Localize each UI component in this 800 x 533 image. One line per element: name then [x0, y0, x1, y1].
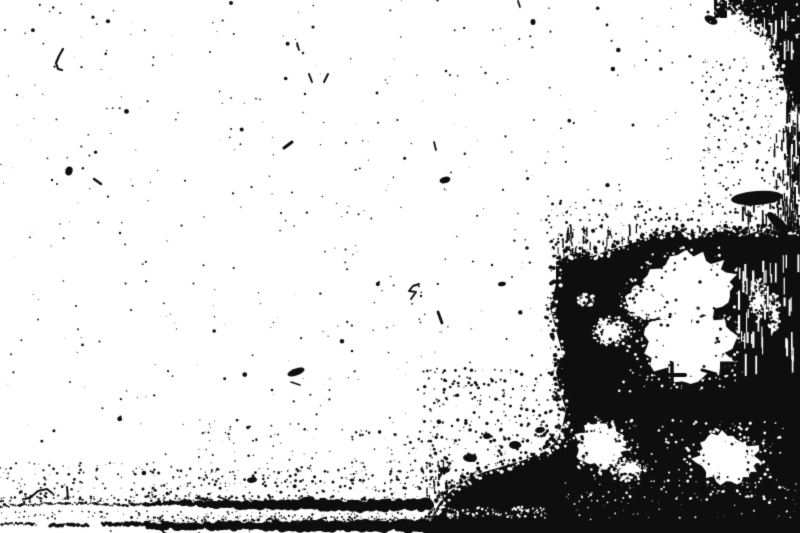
grunge-texture-figure	[0, 0, 800, 533]
grunge-texture-page	[0, 0, 800, 533]
grunge-texture-image	[0, 0, 800, 533]
